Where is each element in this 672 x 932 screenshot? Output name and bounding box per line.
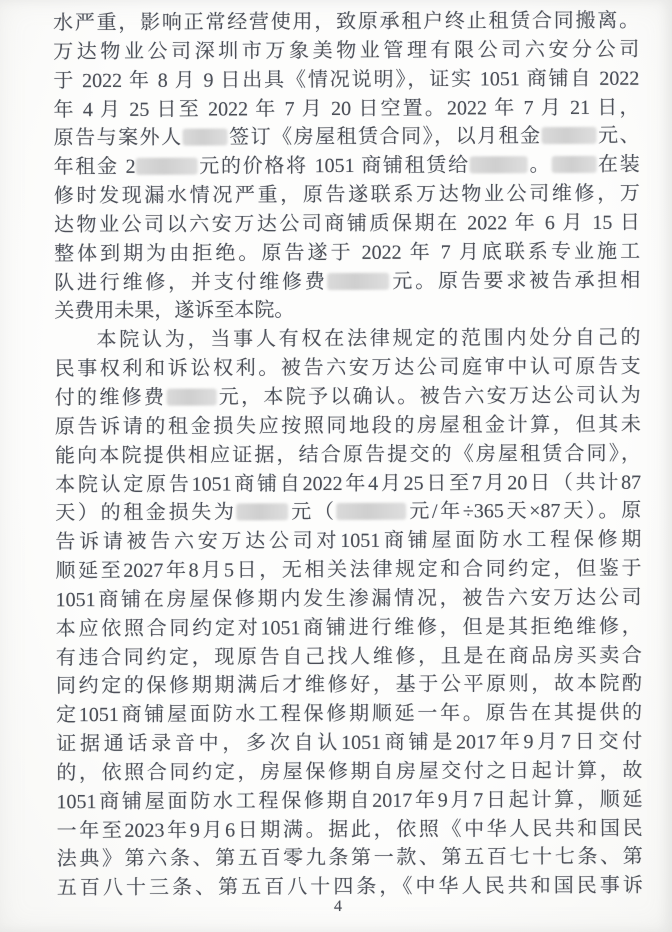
document-line: 一年至2023年9月6日期满。据此，依照《中华人民共和国民: [57, 814, 643, 845]
text-segment: 本院认为，当事人有权在法律规定的范围内处分自己的: [96, 327, 640, 351]
document-line: 水严重，影响正常经营使用，致原承租户终止租赁合同搬离。: [53, 7, 639, 38]
document-line: 本院认为，当事人有权在法律规定的范围内处分自己的: [54, 324, 640, 355]
document-line: 证据通话录音中，多次自认1051商铺是2017年9月7日交付: [56, 728, 642, 759]
text-segment: 元/年÷365天×87天）。原: [407, 500, 642, 523]
document-line: 1051商铺在房屋保修期内发生渗漏情况，被告六安万达公司: [56, 584, 642, 615]
document-line: 法典》第六条、第五百零九条第一款、第五百七十七条、第: [57, 843, 643, 874]
redaction-blur: [337, 503, 407, 520]
text-segment: 天）的租金损失为: [55, 502, 237, 525]
text-segment: 1051商铺在房屋保修期内发生渗漏情况，被告六安万达公司: [56, 587, 642, 612]
text-segment: 原告诉请的租金损失应按照同地段的房屋租金计算，但其未: [55, 413, 641, 438]
text-segment: 元，本院予以确认。被告六安万达公司认为: [216, 385, 640, 409]
redaction-blur: [136, 158, 198, 175]
document-line: 本应依照合同约定对1051商铺进行维修，但是其拒绝维修，: [56, 612, 642, 643]
text-segment: 五百八十三条、第五百八十四条，《中华人民共和国民事诉: [57, 875, 643, 900]
text-segment: 原告与案外人: [54, 127, 183, 150]
text-segment: 年租金 2: [54, 156, 136, 178]
redaction-blur: [328, 272, 390, 289]
text-segment: 达物业公司以六安万达公司商铺质保期在 2022 年 6 月 15 日: [54, 212, 640, 237]
page-number: 4: [2, 897, 672, 918]
document-line: 的，依照合同约定，房屋保修期自房屋交付之日起计算，故: [56, 757, 642, 788]
text-segment: 本应依照合同约定对1051商铺进行维修，但是其拒绝维修，: [56, 615, 642, 640]
document-line: 1051商铺屋面防水工程保修期自2017年9月7日起计算，顺延: [56, 785, 642, 816]
document-line: 同约定的保修期期满后才维修好，基于公平原则，故本院酌: [56, 670, 642, 701]
document-line: 队进行维修，并支付维修费元。原告要求被告承担相: [54, 266, 640, 297]
document-line: 有违合同约定，现原告自己找人维修，且是在商品房买卖合: [56, 641, 642, 672]
text-segment: 在装: [596, 154, 640, 176]
redaction-blur: [166, 388, 216, 405]
document-line: 民事权利和诉讼权利。被告六安万达公司庭审中认可原告支: [55, 353, 641, 384]
text-segment: 民事权利和诉讼权利。被告六安万达公司庭审中认可原告支: [55, 356, 641, 381]
text-segment: 法典》第六条、第五百零九条第一款、第五百七十七条、第: [57, 846, 643, 871]
text-segment: 有违合同约定，现原告自己找人维修，且是在商品房买卖合: [56, 644, 642, 669]
text-segment: 顺延至2027年8月5日，无相关法律规定和合同约定，但鉴于: [55, 558, 641, 583]
text-segment: 能向本院提供相应证据，结合原告提交的《房屋租赁合同》，: [55, 442, 641, 467]
text-segment: 。: [528, 154, 552, 176]
text-segment: 本院认定原告1051商铺自2022年4月25日至7月20日（共计87: [55, 471, 641, 496]
text-segment: 付的维修费: [55, 387, 167, 409]
text-segment: 整体到期为由拒绝。原告遂于 2022 年 7 月底联系专业施工: [54, 240, 640, 265]
redaction-blur: [551, 156, 596, 173]
document-line: 告诉请被告六安万达公司对1051商铺屋面防水工程保修期: [55, 526, 641, 557]
text-segment: 同约定的保修期期满后才维修好，基于公平原则，故本院酌: [56, 673, 642, 698]
text-segment: 关费用未果，遂诉至本院。: [54, 300, 294, 323]
document-line: 修时发现漏水情况严重，原告遂联系万达物业公司维修，万: [54, 180, 640, 211]
text-segment: 于 2022 年 8 月 9 日出具《情况说明》，证实 1051 商铺自 202…: [53, 67, 639, 92]
text-segment: 队进行维修，并支付维修费: [54, 271, 327, 294]
document-text-block: 水严重，影响正常经营使用，致原承租户终止租赁合同搬离。万达物业公司深圳市万象美物…: [53, 7, 643, 904]
document-line: 顺延至2027年8月5日，无相关法律规定和合同约定，但鉴于: [55, 555, 641, 586]
document-line: 万达物业公司深圳市万象美物业管理有限公司六安分公司: [53, 36, 639, 67]
text-segment: 水严重，影响正常经营使用，致原承租户终止租赁合同搬离。: [53, 10, 639, 35]
document-line: 付的维修费元，本院予以确认。被告六安万达公司认为: [55, 382, 641, 413]
text-segment: 定1051商铺屋面防水工程保修期顺延一年。原告在其提供的: [56, 702, 642, 727]
text-segment: 年 4 月 25 日至 2022 年 7 月 20 日空置。2022 年 7 月…: [53, 96, 639, 121]
document-line: 能向本院提供相应证据，结合原告提交的《房屋租赁合同》，: [55, 439, 641, 470]
document-line: 于 2022 年 8 月 9 日出具《情况说明》，证实 1051 商铺自 202…: [53, 64, 639, 95]
document-line: 整体到期为由拒绝。原告遂于 2022 年 7 月底联系专业施工: [54, 237, 640, 268]
document-line: 原告与案外人签订《房屋租赁合同》，以月租金元、: [54, 122, 640, 153]
document-line: 年 4 月 25 日至 2022 年 7 月 20 日空置。2022 年 7 月…: [53, 93, 639, 124]
document-line: 原告诉请的租金损失应按照同地段的房屋租金计算，但其未: [55, 410, 641, 441]
text-segment: 万达物业公司深圳市万象美物业管理有限公司六安分公司: [53, 39, 639, 64]
text-segment: 元、: [597, 125, 640, 147]
document-page: 水严重，影响正常经营使用，致原承租户终止租赁合同搬离。万达物业公司深圳市万象美物…: [0, 0, 672, 932]
document-line: 天）的租金损失为元（元/年÷365天×87天）。原: [55, 497, 641, 528]
text-segment: 元（: [289, 501, 337, 523]
text-segment: 告诉请被告六安万达公司对1051商铺屋面防水工程保修期: [55, 529, 641, 554]
text-segment: 1051商铺屋面防水工程保修期自2017年9月7日起计算，顺延: [56, 788, 642, 813]
text-segment: 签订《房屋租赁合同》，以月租金: [228, 125, 542, 148]
document-line: 达物业公司以六安万达公司商铺质保期在 2022 年 6 月 15 日: [54, 209, 640, 240]
text-segment: 元的价格将 1051 商铺租赁给: [198, 155, 470, 178]
redaction-blur: [237, 504, 289, 521]
text-segment: 的，依照合同约定，房屋保修期自房屋交付之日起计算，故: [56, 760, 642, 785]
text-segment: 证据通话录音中，多次自认1051商铺是2017年9月7日交付: [56, 731, 642, 756]
text-segment: 修时发现漏水情况严重，原告遂联系万达物业公司维修，万: [54, 183, 640, 208]
text-segment: 一年至2023年9月6日期满。据此，依照《中华人民共和国民: [57, 817, 643, 842]
redaction-blur: [470, 156, 528, 173]
redaction-blur: [183, 129, 228, 146]
document-line: 年租金 2元的价格将 1051 商铺租赁给。在装: [54, 151, 640, 182]
document-line: 本院认定原告1051商铺自2022年4月25日至7月20日（共计87: [55, 468, 641, 499]
redaction-blur: [542, 127, 597, 144]
document-line: 定1051商铺屋面防水工程保修期顺延一年。原告在其提供的: [56, 699, 642, 730]
text-segment: 元。原告要求被告承担相: [390, 269, 641, 292]
document-line: 关费用未果，遂诉至本院。: [54, 295, 640, 326]
scanned-court-document: 水严重，影响正常经营使用，致原承租户终止租赁合同搬离。万达物业公司深圳市万象美物…: [0, 0, 672, 932]
